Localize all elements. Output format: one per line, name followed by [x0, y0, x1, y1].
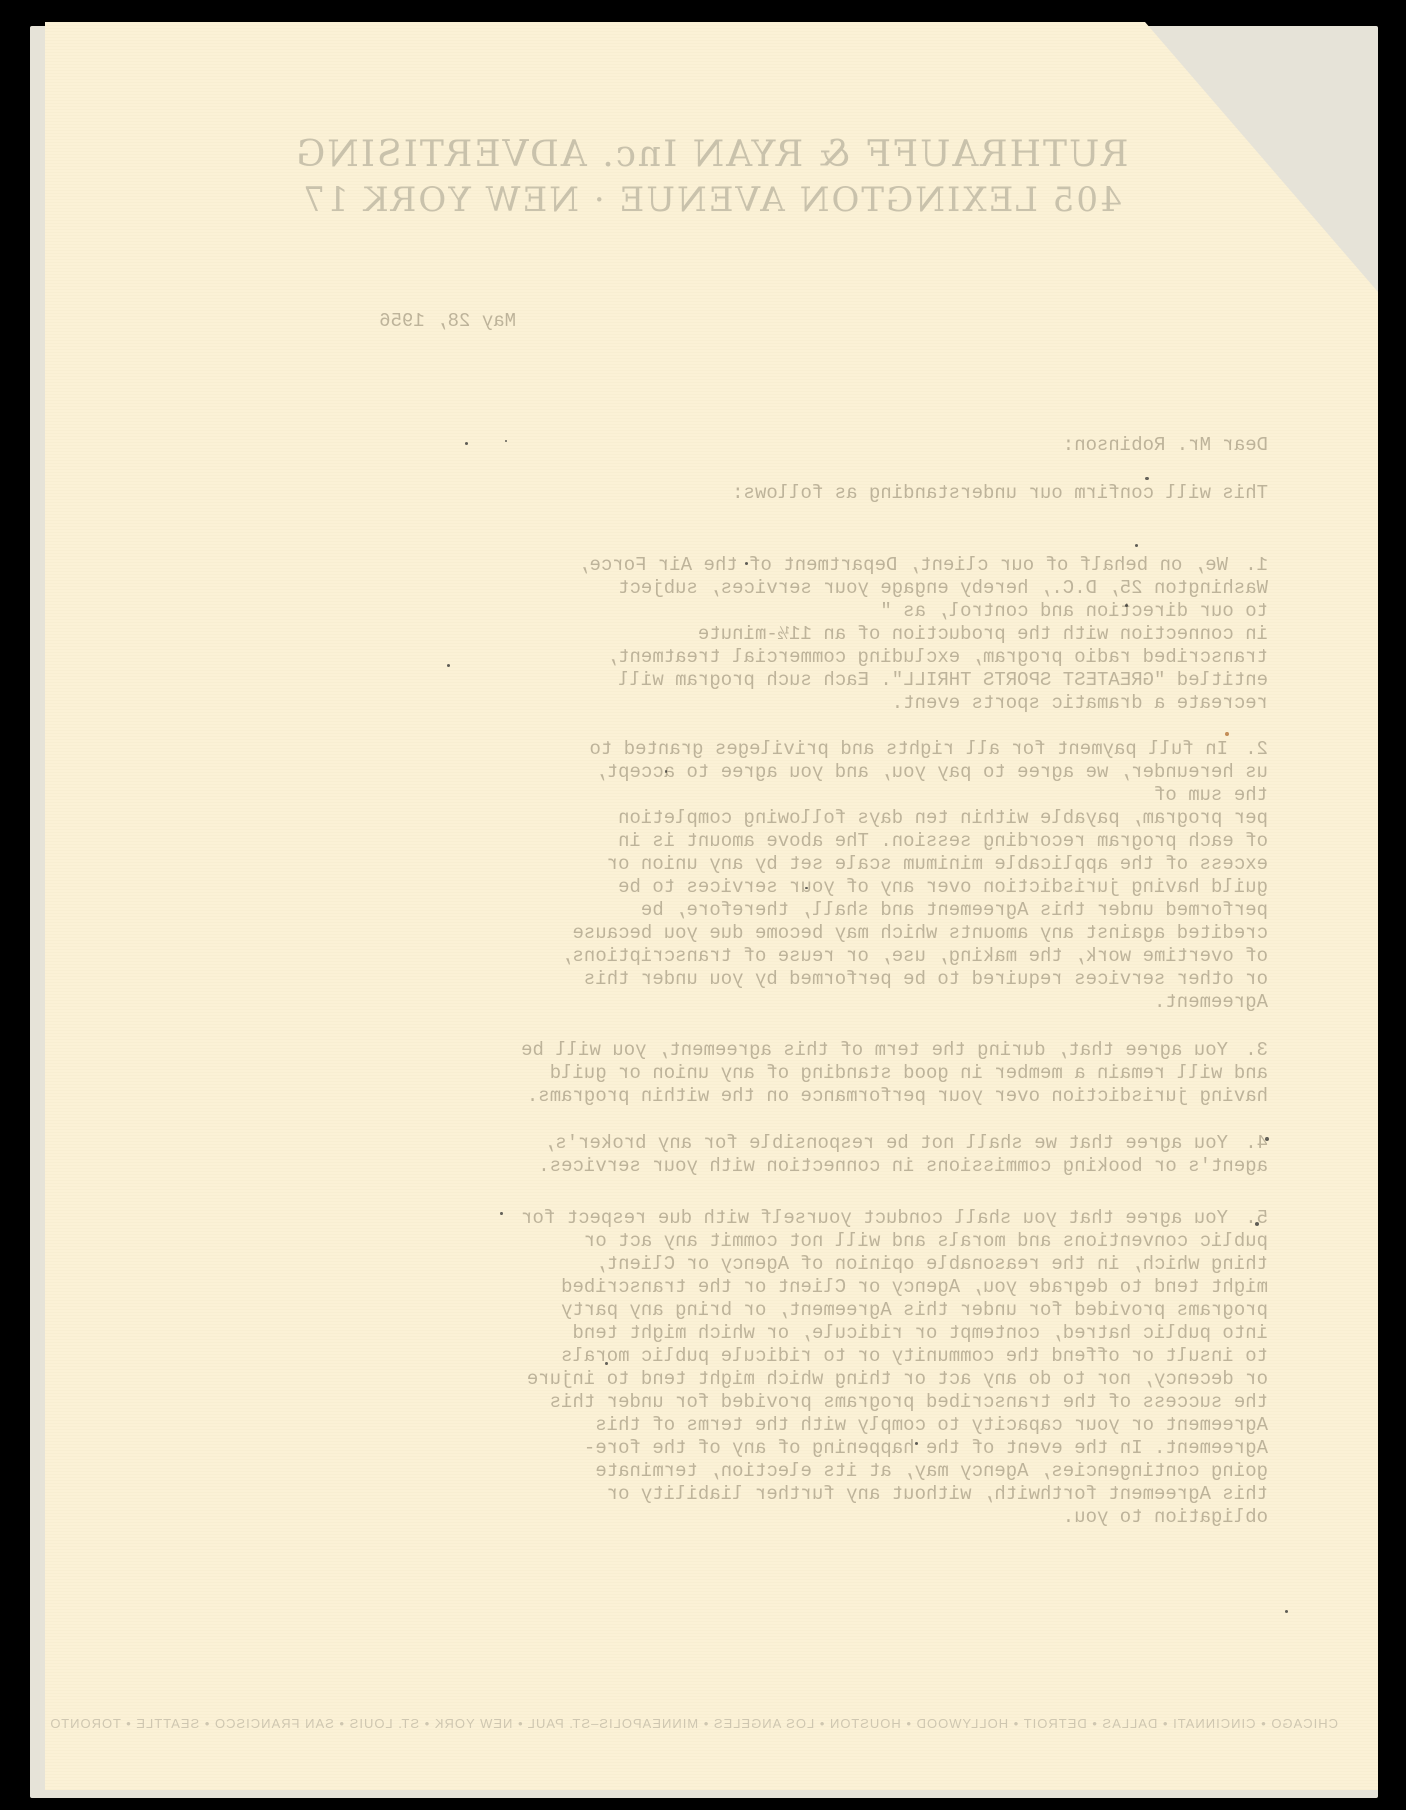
paragraph-line: us hereunder, we agree to pay you, and y…: [595, 761, 1268, 784]
paragraph-line: performed under this Agreement and shall…: [641, 899, 1268, 922]
intro-line: This will confirm our understanding as f…: [732, 482, 1268, 505]
paragraph-line: Washington 25, D.C., hereby engage your …: [618, 577, 1268, 600]
paragraph-line: Agreement.: [1154, 991, 1268, 1014]
paragraph-line: public conventions and morals and will n…: [584, 1230, 1268, 1253]
paragraph-line: and will remain a member in good standin…: [550, 1062, 1268, 1085]
paragraph-line: credited against any amounts which may b…: [572, 922, 1268, 945]
paragraph-line: or decency, nor to do any act or thing w…: [527, 1368, 1268, 1391]
paragraph-line: the success of the transcribed programs …: [550, 1391, 1268, 1414]
paragraph-line: thing which, in the reasonable opinion o…: [595, 1253, 1268, 1276]
paragraph-number: 3.: [1245, 1039, 1268, 1061]
paragraph-line: We, on behalf of our client, Department …: [578, 554, 1228, 577]
paragraph-line: into public hatred, contempt or ridicule…: [572, 1322, 1268, 1345]
paragraph-line: of overtime work, the making, use, or re…: [561, 945, 1268, 968]
paragraph-line: this Agreement forthwith, without any fu…: [607, 1483, 1268, 1506]
paragraph-line: going contingencies, Agency may, at its …: [595, 1460, 1268, 1483]
paragraph-line: Agreement or your capacity to comply wit…: [595, 1414, 1268, 1437]
paragraph-line: In full payment for all rights and privi…: [589, 738, 1228, 761]
letter-page: RUTHRAUFF & RYAN Inc. ADVERTISING 405 LE…: [45, 22, 1378, 1790]
paragraph-line: You agree that you shall conduct yoursel…: [521, 1207, 1228, 1230]
paragraph-number: 1.: [1245, 554, 1268, 576]
paragraph-line: You agree that we shall not be responsib…: [544, 1132, 1228, 1155]
paragraph-number: 2.: [1245, 738, 1268, 760]
paragraph-line: recreate a dramatic sports event.: [892, 692, 1268, 715]
paragraph-line: to our direction and control, as ": [880, 600, 1268, 623]
paragraph-line: per program, payable within ten days fol…: [618, 807, 1268, 830]
paragraph-line: to insult or offend the community or to …: [561, 1345, 1268, 1368]
paragraph-line: in connection with the production of an …: [698, 623, 1268, 646]
paragraph-line: Agreement. In the event of the happening…: [584, 1437, 1268, 1460]
paragraph-line: guild having jurisdiction over any of yo…: [618, 876, 1268, 899]
paragraph-line: agent's or booking commissions in connec…: [538, 1155, 1268, 1178]
letter-date: May 28, 1956: [379, 310, 516, 333]
paragraph-line: the sum of: [1154, 784, 1268, 807]
paragraph-line: excess of the applicable minimum scale s…: [607, 853, 1268, 876]
footer-office-cities: CHICAGO • CINCINNATI • DALLAS • DETROIT …: [85, 1716, 1338, 1731]
paragraph-line: transcribed radio program, excluding com…: [607, 646, 1268, 669]
paragraph-line: or other services required to be perform…: [584, 968, 1268, 991]
letterhead-address: 405 LEXINGTON AVENUE · NEW YORK 17: [45, 180, 1378, 220]
salutation: Dear Mr. Robinson:: [1063, 434, 1268, 457]
mirrored-text-layer: RUTHRAUFF & RYAN Inc. ADVERTISING 405 LE…: [45, 22, 1378, 1790]
paragraph-line: obligation to you.: [1063, 1506, 1268, 1529]
paragraph-number: 5.: [1245, 1207, 1268, 1229]
paragraph-line: of each program recording session. The a…: [618, 830, 1268, 853]
paragraph-line: programs provided for under this Agreeme…: [561, 1299, 1268, 1322]
paragraph-line: You agree that, during the term of this …: [521, 1039, 1228, 1062]
paragraph-line: might tend to degrade you, Agency or Cli…: [561, 1276, 1268, 1299]
paragraph-number: 4.: [1245, 1132, 1268, 1154]
letterhead-company: RUTHRAUFF & RYAN Inc. ADVERTISING: [45, 134, 1378, 175]
paragraph-line: entitled "GREATEST SPORTS THRILL". Each …: [618, 669, 1268, 692]
paragraph-line: having jurisdiction over your performanc…: [527, 1085, 1268, 1108]
